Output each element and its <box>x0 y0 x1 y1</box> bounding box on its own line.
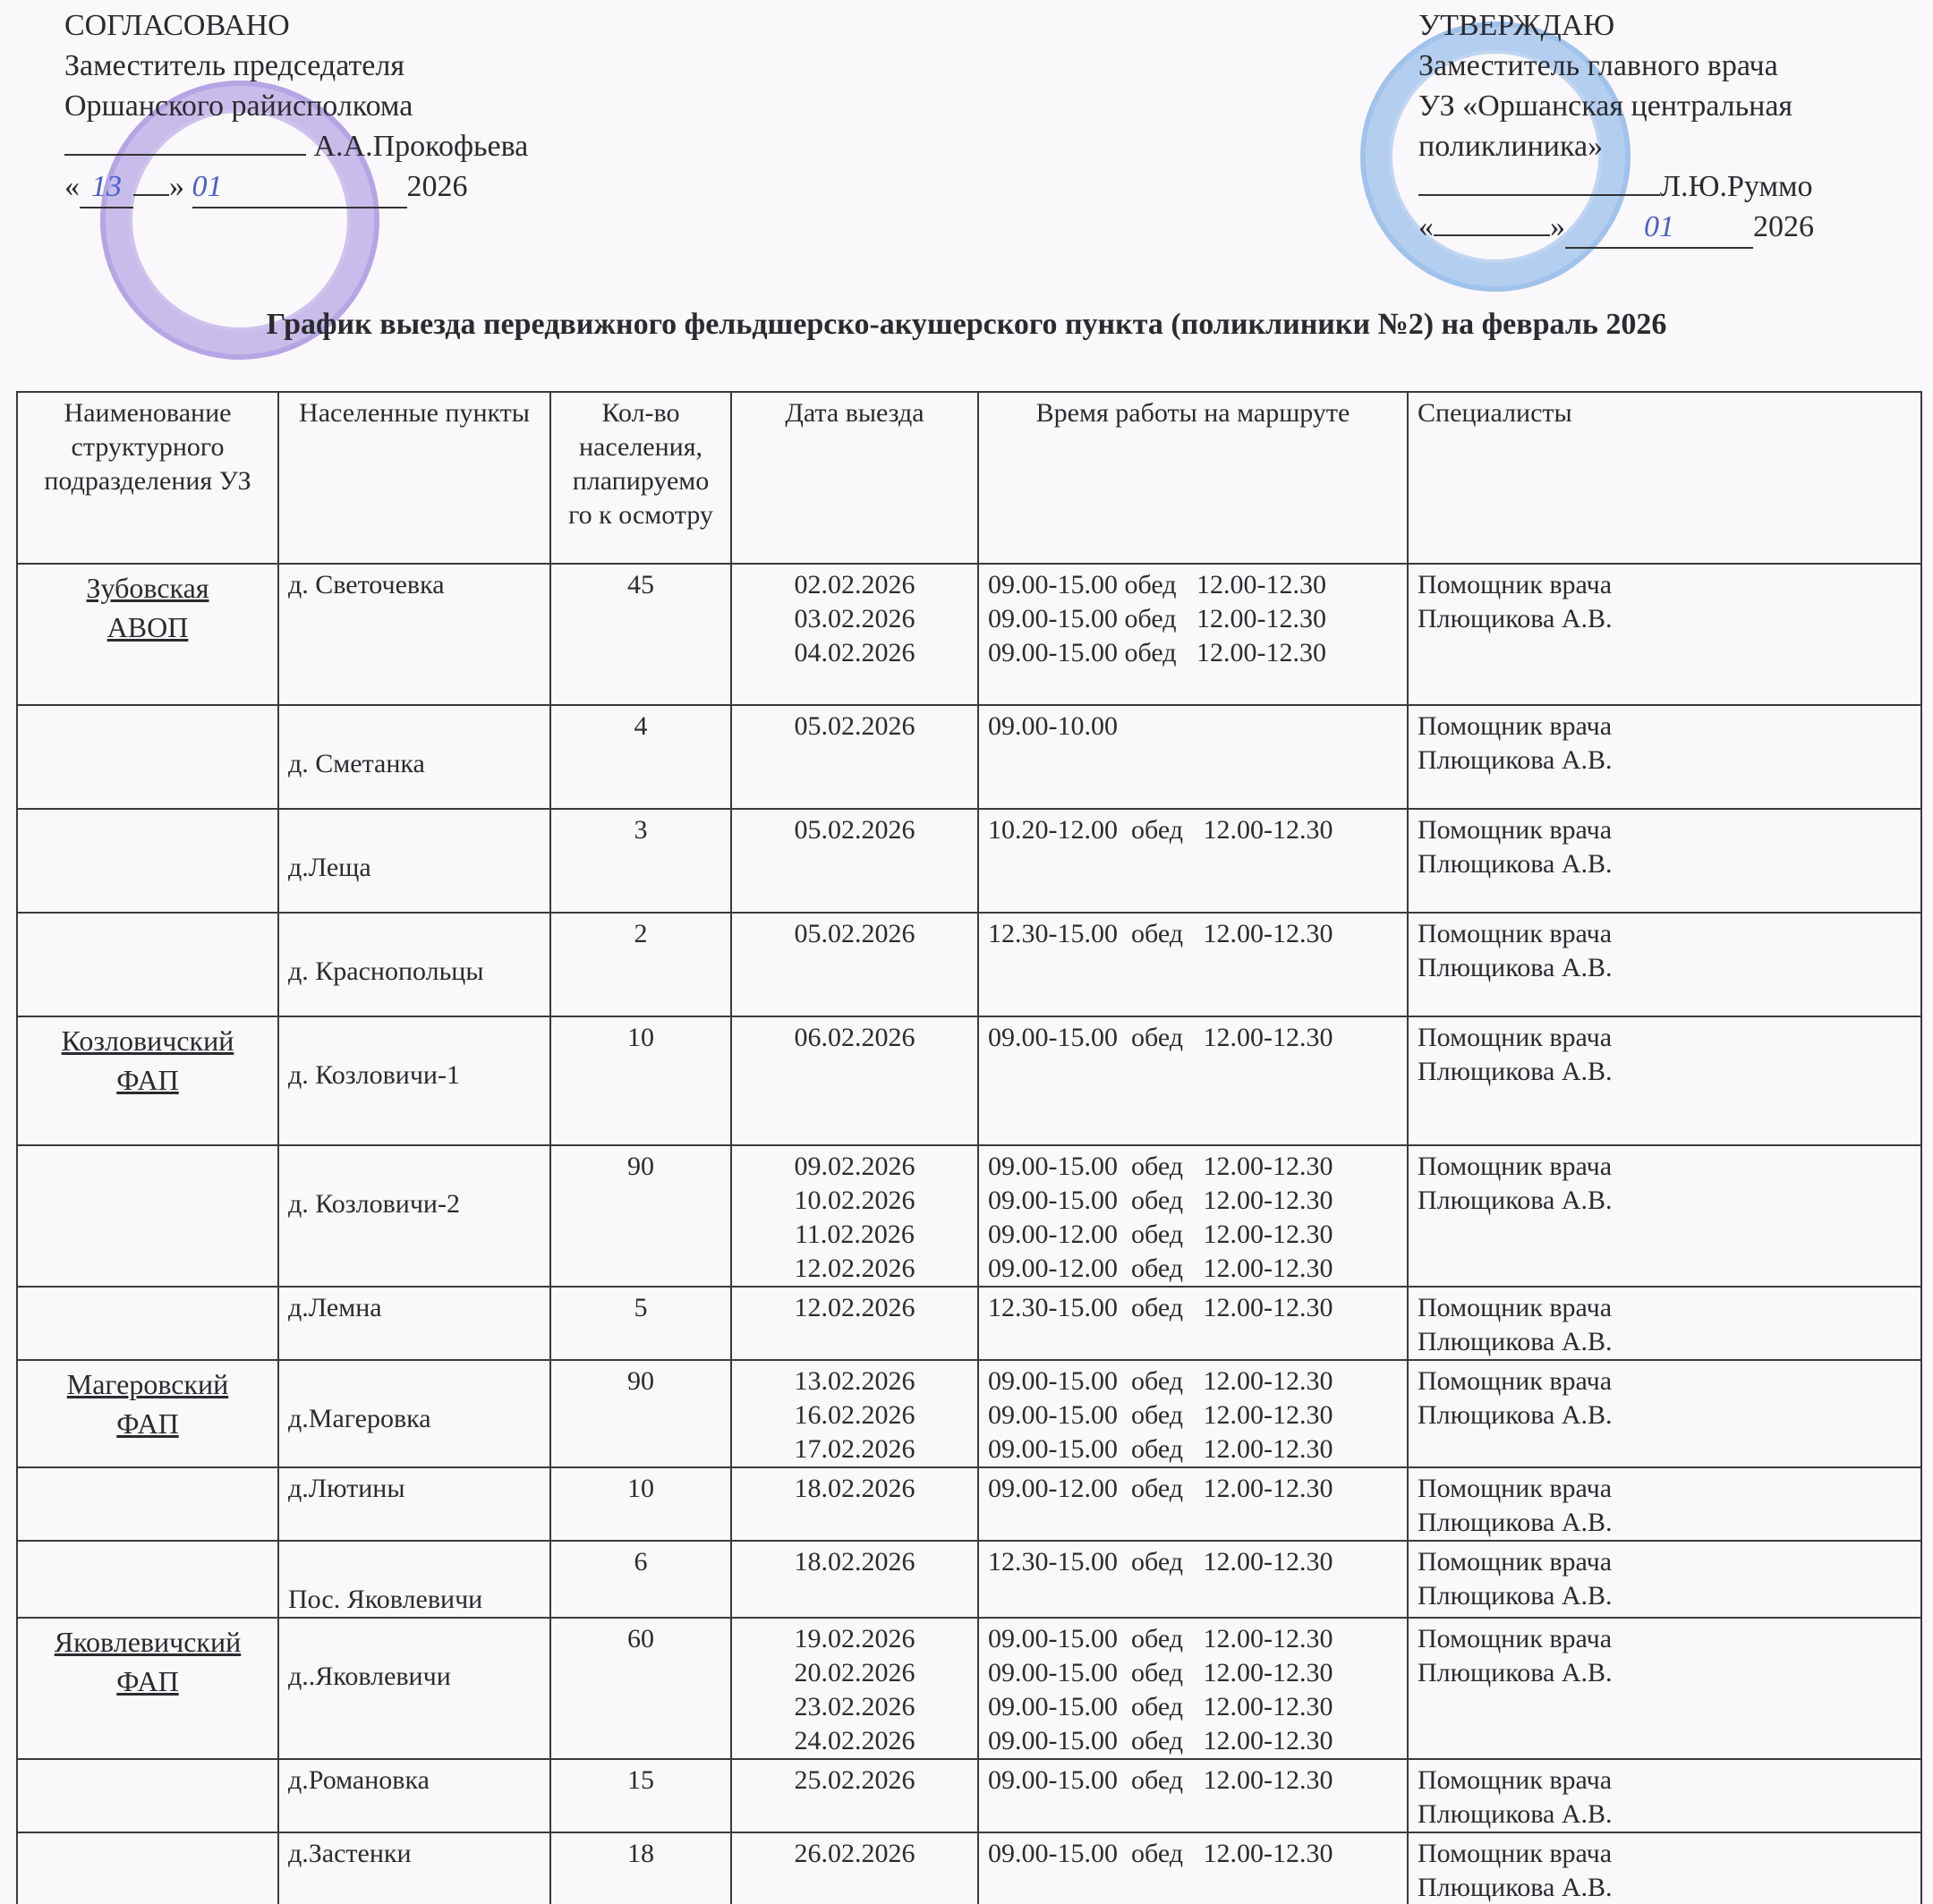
cell-dates: 05.02.2026 <box>731 913 978 1016</box>
org-name: АВОП <box>27 608 268 647</box>
locality-name: д.Романовка <box>288 1765 430 1795</box>
cell-population: 60 <box>550 1618 731 1759</box>
locality-name: д.Магеровка <box>288 1364 541 1436</box>
cell-specialist: Помощник врачаПлющикова А.В. <box>1408 1467 1921 1541</box>
specialist-line: Плющикова А.В. <box>1418 744 1912 778</box>
visit-date: 05.02.2026 <box>741 917 968 951</box>
visit-date: 11.02.2026 <box>741 1218 968 1252</box>
cell-dates: 13.02.202616.02.202617.02.2026 <box>731 1360 978 1467</box>
cell-specialist: Помощник врачаПлющикова А.В. <box>1408 564 1921 705</box>
cell-dates: 09.02.202610.02.202611.02.202612.02.2026 <box>731 1145 978 1287</box>
cell-population: 18 <box>550 1832 731 1904</box>
visit-date: 10.02.2026 <box>741 1184 968 1218</box>
approval-position: Заместитель председателя <box>64 46 528 86</box>
work-hours: 09.00-15.00 обед 12.00-12.30 <box>988 602 1398 636</box>
approval-date: «13» 012026 <box>64 166 528 208</box>
signatory-name: Л.Ю.Руммо <box>1660 170 1813 203</box>
approval-block-left: СОГЛАСОВАНО Заместитель председателя Орш… <box>64 5 528 208</box>
cell-dates: 18.02.2026 <box>731 1541 978 1618</box>
cell-times: 09.00-15.00 обед 12.00-12.3009.00-15.00 … <box>978 564 1408 705</box>
cell-population: 90 <box>550 1360 731 1467</box>
org-name: Козловичский <box>27 1021 268 1060</box>
specialist-line: Помощник врача <box>1418 1291 1912 1325</box>
visit-date: 26.02.2026 <box>741 1837 968 1871</box>
specialist-line: Помощник врача <box>1418 1837 1912 1871</box>
cell-dates: 26.02.2026 <box>731 1832 978 1904</box>
work-hours: 12.30-15.00 обед 12.00-12.30 <box>988 1545 1398 1579</box>
cell-specialist: Помощник врачаПлющикова А.В. <box>1408 1016 1921 1145</box>
specialist-line: Помощник врача <box>1418 1764 1912 1798</box>
cell-dates: 05.02.2026 <box>731 705 978 809</box>
cell-locality: д. Козловичи-1 <box>278 1016 550 1145</box>
visit-date: 18.02.2026 <box>741 1472 968 1506</box>
cell-org <box>17 1541 278 1618</box>
work-hours: 12.30-15.00 обед 12.00-12.30 <box>988 917 1398 951</box>
cell-org: ЗубовскаяАВОП <box>17 564 278 705</box>
cell-locality: д.Леща <box>278 809 550 913</box>
cell-population: 6 <box>550 1541 731 1618</box>
cell-specialist: Помощник врачаПлющикова А.В. <box>1408 913 1921 1016</box>
cell-locality: д. Козловичи-2 <box>278 1145 550 1287</box>
specialist-line: Плющикова А.В. <box>1418 602 1912 636</box>
specialist-line: Помощник врача <box>1418 710 1912 744</box>
cell-times: 10.20-12.00 обед 12.00-12.30 <box>978 809 1408 913</box>
cell-specialist: Помощник врачаПлющикова А.В. <box>1408 809 1921 913</box>
locality-name: д. Козловичи-2 <box>288 1150 541 1221</box>
work-hours: 09.00-15.00 обед 12.00-12.30 <box>988 1690 1398 1724</box>
visit-date: 17.02.2026 <box>741 1432 968 1466</box>
specialist-line: Плющикова А.В. <box>1418 1656 1912 1690</box>
cell-dates: 19.02.202620.02.202623.02.202624.02.2026 <box>731 1618 978 1759</box>
approval-organization-cont: поликлиника» <box>1418 126 1814 166</box>
cell-times: 09.00-10.00 <box>978 705 1408 809</box>
cell-population: 4 <box>550 705 731 809</box>
visit-date: 06.02.2026 <box>741 1021 968 1055</box>
cell-dates: 06.02.2026 <box>731 1016 978 1145</box>
approval-organization: УЗ «Оршанская центральная <box>1418 86 1814 126</box>
table-row: д.Лемна512.02.202612.30-15.00 обед 12.00… <box>17 1287 1921 1360</box>
work-hours: 09.00-15.00 обед 12.00-12.30 <box>988 1724 1398 1758</box>
cell-org <box>17 1832 278 1904</box>
visit-date: 12.02.2026 <box>741 1291 968 1325</box>
date-year: 2026 <box>1753 210 1814 243</box>
cell-locality: д..Яковлевичи <box>278 1618 550 1759</box>
cell-dates: 05.02.2026 <box>731 809 978 913</box>
specialist-line: Помощник врача <box>1418 1150 1912 1184</box>
work-hours: 09.00-15.00 обед 12.00-12.30 <box>988 568 1398 602</box>
header-locality: Населенные пункты <box>278 392 550 564</box>
header-date: Дата выезда <box>731 392 978 564</box>
locality-name: Пос. Яковлевичи <box>288 1545 541 1617</box>
table-row: д.Романовка1525.02.202609.00-15.00 обед … <box>17 1759 1921 1832</box>
table-header-row: Наименование структурного подразделения … <box>17 392 1921 564</box>
visit-date: 23.02.2026 <box>741 1690 968 1724</box>
org-name: ФАП <box>27 1404 268 1443</box>
document-title: График выезда передвижного фельдшерско-а… <box>0 308 1933 342</box>
table-row: д.Застенки1826.02.202609.00-15.00 обед 1… <box>17 1832 1921 1904</box>
specialist-line: Плющикова А.В. <box>1418 1184 1912 1218</box>
cell-locality: д. Светочевка <box>278 564 550 705</box>
table-row: д. Сметанка405.02.202609.00-10.00Помощни… <box>17 705 1921 809</box>
signature-line: Л.Ю.Руммо <box>1418 166 1814 207</box>
schedule-table: Наименование структурного подразделения … <box>16 391 1922 1904</box>
cell-specialist: Помощник врачаПлющикова А.В. <box>1408 1145 1921 1287</box>
specialist-line: Помощник врача <box>1418 1545 1912 1579</box>
table-row: д. Козловичи-29009.02.202610.02.202611.0… <box>17 1145 1921 1287</box>
date-month: 01 <box>192 166 407 208</box>
cell-locality: д.Лемна <box>278 1287 550 1360</box>
locality-name: д.Леща <box>288 813 541 885</box>
cell-dates: 18.02.2026 <box>731 1467 978 1541</box>
specialist-line: Помощник врача <box>1418 1364 1912 1398</box>
cell-population: 10 <box>550 1016 731 1145</box>
visit-date: 18.02.2026 <box>741 1545 968 1579</box>
approval-organization: Оршанского райисполкома <box>64 86 528 126</box>
locality-name: д. Сметанка <box>288 710 541 781</box>
header-specialists: Специалисты <box>1408 392 1921 564</box>
cell-org: МагеровскийФАП <box>17 1360 278 1467</box>
cell-locality: Пос. Яковлевичи <box>278 1541 550 1618</box>
cell-dates: 25.02.2026 <box>731 1759 978 1832</box>
visit-date: 19.02.2026 <box>741 1622 968 1656</box>
work-hours: 09.00-12.00 обед 12.00-12.30 <box>988 1218 1398 1252</box>
header-time: Время работы на маршруте <box>978 392 1408 564</box>
cell-specialist: Помощник врачаПлющикова А.В. <box>1408 1832 1921 1904</box>
approval-block-right: УТВЕРЖДАЮ Заместитель главного врача УЗ … <box>1418 5 1814 249</box>
work-hours: 09.00-10.00 <box>988 710 1398 744</box>
cell-org: КозловичскийФАП <box>17 1016 278 1145</box>
approval-heading: УТВЕРЖДАЮ <box>1418 5 1814 46</box>
specialist-line: Помощник врача <box>1418 813 1912 847</box>
locality-name: д.Лютины <box>288 1474 405 1503</box>
locality-name: д..Яковлевичи <box>288 1622 541 1694</box>
work-hours: 09.00-15.00 обед 12.00-12.30 <box>988 1622 1398 1656</box>
cell-org <box>17 1287 278 1360</box>
org-name: Зубовская <box>27 568 268 608</box>
org-name: Магеровский <box>27 1364 268 1404</box>
work-hours: 09.00-15.00 обед 12.00-12.30 <box>988 1764 1398 1798</box>
cell-specialist: Помощник врачаПлющикова А.В. <box>1408 705 1921 809</box>
approval-date: «»012026 <box>1418 207 1814 249</box>
visit-date: 25.02.2026 <box>741 1764 968 1798</box>
cell-org <box>17 809 278 913</box>
table-row: МагеровскийФАПд.Магеровка9013.02.202616.… <box>17 1360 1921 1467</box>
cell-dates: 02.02.202603.02.202604.02.2026 <box>731 564 978 705</box>
cell-population: 10 <box>550 1467 731 1541</box>
locality-name: д.Лемна <box>288 1293 382 1322</box>
specialist-line: Помощник врача <box>1418 568 1912 602</box>
cell-times: 09.00-15.00 обед 12.00-12.30 <box>978 1759 1408 1832</box>
header-org: Наименование структурного подразделения … <box>17 392 278 564</box>
work-hours: 12.30-15.00 обед 12.00-12.30 <box>988 1291 1398 1325</box>
work-hours: 09.00-15.00 обед 12.00-12.30 <box>988 1432 1398 1466</box>
table-row: ЗубовскаяАВОПд. Светочевка4502.02.202603… <box>17 564 1921 705</box>
cell-locality: д. Сметанка <box>278 705 550 809</box>
locality-name: д.Застенки <box>288 1839 412 1868</box>
date-day: 13 <box>80 166 133 208</box>
cell-times: 09.00-15.00 обед 12.00-12.30 <box>978 1016 1408 1145</box>
locality-name: д. Светочевка <box>288 570 445 599</box>
specialist-line: Помощник врача <box>1418 1021 1912 1055</box>
work-hours: 09.00-12.00 обед 12.00-12.30 <box>988 1252 1398 1286</box>
specialist-line: Плющикова А.В. <box>1418 951 1912 985</box>
signature-line: А.А.Прокофьева <box>64 126 528 166</box>
table-row: ЯковлевичскийФАПд..Яковлевичи6019.02.202… <box>17 1618 1921 1759</box>
table-row: КозловичскийФАПд. Козловичи-11006.02.202… <box>17 1016 1921 1145</box>
cell-population: 45 <box>550 564 731 705</box>
visit-date: 13.02.2026 <box>741 1364 968 1398</box>
cell-population: 5 <box>550 1287 731 1360</box>
cell-org <box>17 1759 278 1832</box>
cell-times: 09.00-15.00 обед 12.00-12.3009.00-15.00 … <box>978 1618 1408 1759</box>
specialist-line: Плющикова А.В. <box>1418 1325 1912 1359</box>
cell-times: 09.00-15.00 обед 12.00-12.3009.00-15.00 … <box>978 1145 1408 1287</box>
visit-date: 24.02.2026 <box>741 1724 968 1758</box>
specialist-line: Помощник врача <box>1418 917 1912 951</box>
date-year: 2026 <box>407 170 468 203</box>
visit-date: 20.02.2026 <box>741 1656 968 1690</box>
cell-org: ЯковлевичскийФАП <box>17 1618 278 1759</box>
cell-specialist: Помощник врачаПлющикова А.В. <box>1408 1541 1921 1618</box>
table-row: Пос. Яковлевичи618.02.202612.30-15.00 об… <box>17 1541 1921 1618</box>
table-row: д.Лютины1018.02.202609.00-12.00 обед 12.… <box>17 1467 1921 1541</box>
cell-org <box>17 1467 278 1541</box>
visit-date: 03.02.2026 <box>741 602 968 636</box>
cell-times: 12.30-15.00 обед 12.00-12.30 <box>978 1541 1408 1618</box>
table-row: д.Леща305.02.202610.20-12.00 обед 12.00-… <box>17 809 1921 913</box>
specialist-line: Плющикова А.В. <box>1418 1055 1912 1089</box>
work-hours: 09.00-15.00 обед 12.00-12.30 <box>988 1364 1398 1398</box>
header-population: Кол-во населения, плапируемо го к осмотр… <box>550 392 731 564</box>
specialist-line: Плющикова А.В. <box>1418 1398 1912 1432</box>
approval-heading: СОГЛАСОВАНО <box>64 5 528 46</box>
cell-times: 12.30-15.00 обед 12.00-12.30 <box>978 913 1408 1016</box>
work-hours: 10.20-12.00 обед 12.00-12.30 <box>988 813 1398 847</box>
cell-locality: д. Краснопольцы <box>278 913 550 1016</box>
work-hours: 09.00-15.00 обед 12.00-12.30 <box>988 1837 1398 1871</box>
visit-date: 09.02.2026 <box>741 1150 968 1184</box>
date-month: 01 <box>1565 207 1753 249</box>
work-hours: 09.00-15.00 обед 12.00-12.30 <box>988 1184 1398 1218</box>
work-hours: 09.00-15.00 обед 12.00-12.30 <box>988 1398 1398 1432</box>
org-name: ФАП <box>27 1662 268 1701</box>
table-row: д. Краснопольцы205.02.202612.30-15.00 об… <box>17 913 1921 1016</box>
cell-population: 2 <box>550 913 731 1016</box>
cell-dates: 12.02.2026 <box>731 1287 978 1360</box>
cell-times: 09.00-15.00 обед 12.00-12.3009.00-15.00 … <box>978 1360 1408 1467</box>
work-hours: 09.00-15.00 обед 12.00-12.30 <box>988 636 1398 670</box>
locality-name: д. Козловичи-1 <box>288 1021 541 1092</box>
visit-date: 12.02.2026 <box>741 1252 968 1286</box>
specialist-line: Плющикова А.В. <box>1418 1798 1912 1832</box>
cell-population: 3 <box>550 809 731 913</box>
org-name: Яковлевичский <box>27 1622 268 1662</box>
work-hours: 09.00-15.00 обед 12.00-12.30 <box>988 1150 1398 1184</box>
cell-locality: д.Магеровка <box>278 1360 550 1467</box>
work-hours: 09.00-15.00 обед 12.00-12.30 <box>988 1656 1398 1690</box>
cell-org <box>17 1145 278 1287</box>
work-hours: 09.00-12.00 обед 12.00-12.30 <box>988 1472 1398 1506</box>
cell-locality: д.Застенки <box>278 1832 550 1904</box>
cell-times: 09.00-12.00 обед 12.00-12.30 <box>978 1467 1408 1541</box>
visit-date: 02.02.2026 <box>741 568 968 602</box>
org-name: ФАП <box>27 1060 268 1100</box>
cell-locality: д.Лютины <box>278 1467 550 1541</box>
cell-org <box>17 913 278 1016</box>
visit-date: 05.02.2026 <box>741 710 968 744</box>
cell-specialist: Помощник врачаПлющикова А.В. <box>1408 1287 1921 1360</box>
cell-population: 15 <box>550 1759 731 1832</box>
specialist-line: Плющикова А.В. <box>1418 1506 1912 1540</box>
specialist-line: Плющикова А.В. <box>1418 1579 1912 1613</box>
cell-locality: д.Романовка <box>278 1759 550 1832</box>
specialist-line: Помощник врача <box>1418 1622 1912 1656</box>
signatory-name: А.А.Прокофьева <box>314 130 529 163</box>
work-hours: 09.00-15.00 обед 12.00-12.30 <box>988 1021 1398 1055</box>
cell-population: 90 <box>550 1145 731 1287</box>
specialist-line: Плющикова А.В. <box>1418 847 1912 881</box>
specialist-line: Плющикова А.В. <box>1418 1871 1912 1904</box>
specialist-line: Помощник врача <box>1418 1472 1912 1506</box>
visit-date: 16.02.2026 <box>741 1398 968 1432</box>
locality-name: д. Краснопольцы <box>288 917 541 989</box>
cell-times: 09.00-15.00 обед 12.00-12.30 <box>978 1832 1408 1904</box>
visit-date: 04.02.2026 <box>741 636 968 670</box>
cell-specialist: Помощник врачаПлющикова А.В. <box>1408 1759 1921 1832</box>
visit-date: 05.02.2026 <box>741 813 968 847</box>
approval-position: Заместитель главного врача <box>1418 46 1814 86</box>
cell-specialist: Помощник врачаПлющикова А.В. <box>1408 1360 1921 1467</box>
cell-org <box>17 705 278 809</box>
cell-times: 12.30-15.00 обед 12.00-12.30 <box>978 1287 1408 1360</box>
cell-specialist: Помощник врачаПлющикова А.В. <box>1408 1618 1921 1759</box>
